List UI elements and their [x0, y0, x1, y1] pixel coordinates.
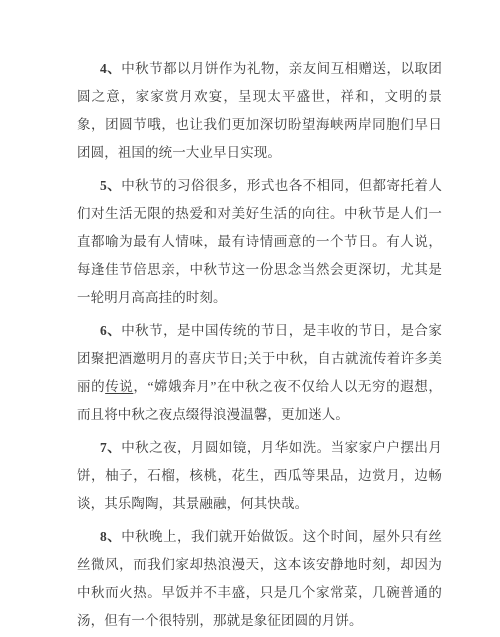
paragraph-8: 8、中秋晚上，我们就开始做饭。这个时间，屋外只有丝丝微风，而我们家却热浪漫天，这… [77, 523, 442, 635]
paragraph-4: 4、中秋节都以月饼作为礼物，亲友间互相赠送，以取团圆之意，家家赏月欢宴，呈现太平… [77, 55, 442, 167]
paragraph-7-text: 中秋之夜，月圆如镜，月华如洗。当家家户户摆出月饼，柚子，石榴，核桃，花生，西瓜等… [77, 440, 442, 511]
paragraph-6-number: 6、 [100, 323, 121, 338]
paragraph-7: 7、中秋之夜，月圆如镜，月华如洗。当家家户户摆出月饼，柚子，石榴，核桃，花生，西… [77, 434, 442, 518]
paragraph-4-number: 4、 [100, 61, 121, 76]
paragraph-8-number: 8、 [100, 529, 121, 544]
paragraph-7-number: 7、 [100, 440, 121, 455]
paragraph-6: 6、中秋节，是中国传统的节日，是丰收的节日，是合家团聚把酒邀明月的喜庆节日;关于… [77, 317, 442, 429]
document-page: 4、中秋节都以月饼作为礼物，亲友间互相赠送，以取团圆之意，家家赏月欢宴，呈现太平… [0, 0, 500, 637]
chuanshuo-link[interactable]: 传说 [105, 379, 133, 394]
paragraph-8-text: 中秋晚上，我们就开始做饭。这个时间，屋外只有丝丝微风，而我们家却热浪漫天，这本该… [77, 529, 442, 628]
paragraph-5: 5、中秋节的习俗很多，形式也各不相同，但都寄托着人们对生活无限的热爱和对美好生活… [77, 172, 442, 312]
paragraph-5-text: 中秋节的习俗很多，形式也各不相同，但都寄托着人们对生活无限的热爱和对美好生活的向… [77, 178, 442, 305]
paragraph-5-number: 5、 [100, 178, 121, 193]
paragraph-4-text: 中秋节都以月饼作为礼物，亲友间互相赠送，以取团圆之意，家家赏月欢宴，呈现太平盛世… [77, 61, 442, 160]
